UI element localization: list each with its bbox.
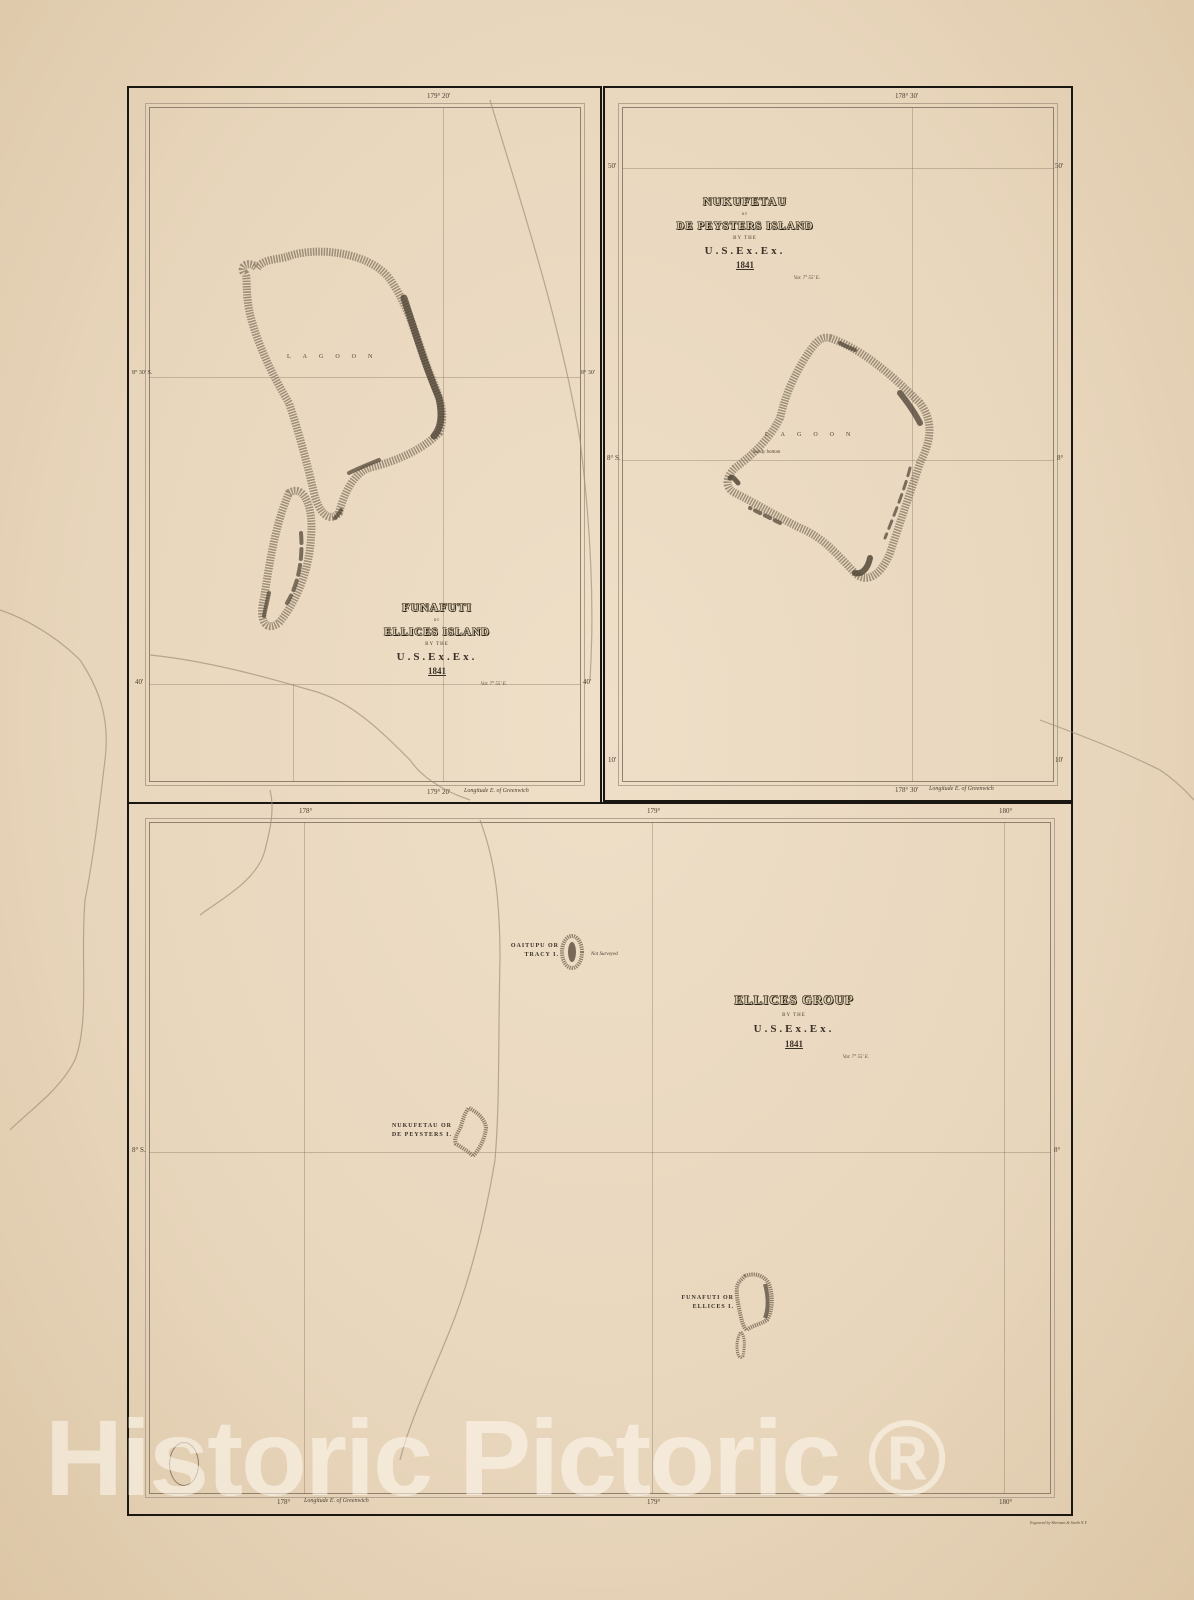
- watermark: Historic Pictoric ®: [45, 1395, 945, 1520]
- engraver-imprint: Engraved by Sherman & Smith N.Y.: [1030, 1520, 1087, 1525]
- paper-cracks: [0, 0, 1194, 1600]
